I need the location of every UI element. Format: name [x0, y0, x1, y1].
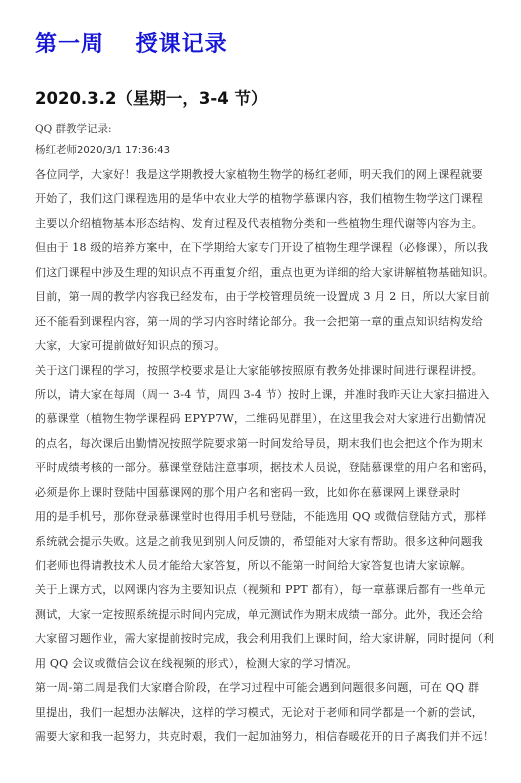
message-body: 各位同学，大家好！我是这学期教授大家植物生物学的杨红老师，明天我们的网上课程就要…: [35, 163, 513, 750]
body-text-line: 但由于 18 级的培养方案中，在下学期给大家专门开设了植物生理学课程（必修课），…: [35, 236, 513, 260]
page-title: 第一周 授课记录: [35, 27, 228, 58]
body-text-line: 还不能看到课程内容，第一周的学习内容时绪论部分。我一会把第一章的重点知识结构发给: [35, 310, 513, 334]
body-text-line: 目前，第一周的教学内容我已经发布，由于学校管理员统一设置成 3 月 2 日，所以…: [35, 285, 513, 309]
body-text-line: 关于上课方式，以网课内容为主要知识点（视频和 PPT 都有），每一章慕课后都有一…: [35, 578, 513, 602]
body-text-line: 系统就会提示失败。这是之前我见到别人问反馈的，希望能对大家有帮助。很多这种问题我: [35, 530, 513, 554]
body-text-line: 的点名，每次课后出勤情况按照学院要求第一时间发给导员，期末我们也会把这个作为期末: [35, 432, 513, 456]
body-text-line: 测试，大家一定按照系统提示时间内完成，单元测试作为期末成绩一部分。此外，我还会给: [35, 603, 513, 627]
post-timestamp: 2020/3/1 17:36:43: [77, 145, 170, 156]
body-text-line: 们这门课程中涉及生理的知识点不再重复介绍，重点也更为详细的给大家讲解植物基础知识…: [35, 261, 513, 285]
body-text-line: 大家留习题作业，需大家提前按时完成，我会利用我们上课时间，给大家讲解，同时提问（…: [35, 627, 513, 651]
body-text-line: 用 QQ 会议或微信会议在线视频的形式），检测大家的学习情况。: [35, 652, 513, 676]
body-text-line: 必须是你上课时登陆中国慕课网的那个用户名和密码一致，比如你在慕课网上课登录时: [35, 481, 513, 505]
record-source-label: QQ 群教学记录:: [35, 121, 112, 136]
body-text-line: 大家，大家可提前做好知识点的预习。: [35, 334, 513, 358]
body-text-line: 需要大家和我一起努力，共克时艰，我们一起加油努力，相信春暖花开的日子离我们并不远…: [35, 725, 513, 749]
body-text-line: 平时成绩考核的一部分。慕课堂登陆注意事项，据技术人员说，登陆慕课堂的用户名和密码…: [35, 456, 513, 480]
body-text-line: 开始了，我们这门课程选用的是华中农业大学的植物学慕课内容，我们植物生物学这门课程: [35, 187, 513, 211]
body-text-line: 所以，请大家在每周（周一 3-4 节，周四 3-4 节）按时上课，并准时我昨天让…: [35, 383, 513, 407]
body-text-line: 的慕课堂（植物生物学课程码 EPYP7W，二维码见群里），在这里我会对大家进行出…: [35, 407, 513, 431]
body-text-line: 们老师也得请教技术人员才能给大家答复，所以不能第一时间给大家答复也请大家谅解。: [35, 554, 513, 578]
body-text-line: 关于这门课程的学习，按照学校要求是让大家能够按照原有教务处排课时间进行课程讲授。: [35, 359, 513, 383]
author-name: 杨红老师: [35, 144, 77, 156]
section-date-heading: 2020.3.2（星期一，3-4 节）: [35, 85, 267, 109]
body-text-line: 主要以介绍植物基本形态结构、发育过程及代表植物分类和一些植物生理代谢等内容为主。: [35, 212, 513, 236]
record-author-line: 杨红老师2020/3/1 17:36:43: [35, 142, 170, 157]
body-text-line: 各位同学，大家好！我是这学期教授大家植物生物学的杨红老师，明天我们的网上课程就要: [35, 163, 513, 187]
body-text-line: 用的是手机号，那你登录慕课堂时也得用手机号登陆，不能选用 QQ 或微信登陆方式，…: [35, 505, 513, 529]
body-text-line: 里提出，我们一起想办法解决，这样的学习模式，无论对于老师和同学都是一个新的尝试，: [35, 701, 513, 725]
body-text-line: 第一周-第二周是我们大家磨合阶段，在学习过程中可能会遇到问题很多问题，可在 QQ…: [35, 676, 513, 700]
